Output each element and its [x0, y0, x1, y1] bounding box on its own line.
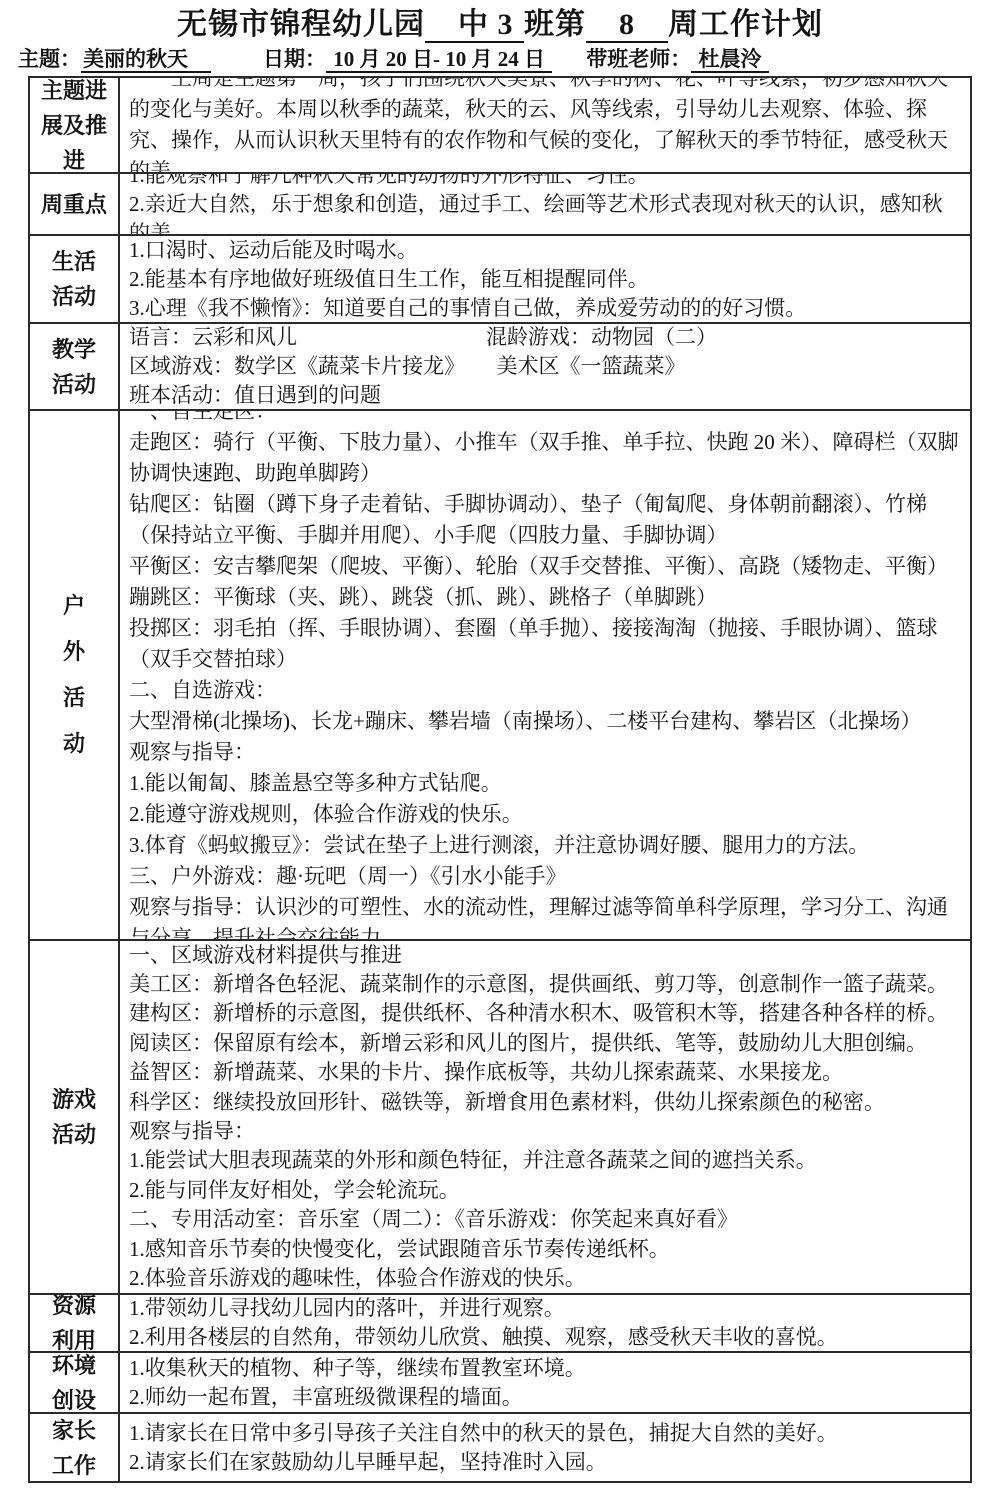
content-line: 1.感知音乐节奏的快慢变化，尝试跟随音乐节奏传递纸杯。: [129, 1235, 962, 1264]
content-line: 1.口渴时、运动后能及时喝水。: [129, 236, 962, 265]
content-line: 区域游戏：数学区《蔬菜卡片接龙》 美术区《一篮蔬菜》: [129, 352, 962, 381]
content-line: 上周是主题第一周，孩子们围绕秋天美景、秋季的树、花、叶等线索，初步感知秋天的变化…: [129, 78, 962, 172]
content-line: 美工区：新增各色轻泥、蔬菜制作的示意图，提供画纸、剪刀等，创意制作一篮子蔬菜。: [129, 970, 962, 999]
content-line: 1.能尝试大胆表现蔬菜的外形和颜色特征，并注意各蔬菜之间的遮挡关系。: [129, 1146, 962, 1175]
plan-table: 主题进 展及推 进 上周是主题第一周，孩子们围绕秋天美景、秋季的树、花、叶等线索…: [28, 76, 972, 1483]
row-content: 1.口渴时、运动后能及时喝水。2.能基本有序地做好班级值日生工作，能互相提醒同伴…: [120, 236, 970, 322]
content-line: 阅读区：保留原有绘本，新增云彩和风儿的图片，提供纸、笔等，鼓励幼儿大胆创编。: [129, 1029, 962, 1058]
content-line: 1.带领幼儿寻找幼儿园内的落叶，并进行观察。: [129, 1295, 962, 1323]
content-line: 建构区：新增桥的示意图，提供纸杯、各种清水积木、吸管积木等，搭建各种各样的桥。: [129, 999, 962, 1028]
theme-group: 主题：美丽的秋天: [18, 46, 211, 72]
title-week-blank: 8: [586, 8, 668, 43]
content-line: 观察与指导：: [129, 1117, 962, 1146]
teacher-label: 带班老师：: [586, 47, 691, 71]
content-line: 二、专用活动室：音乐室（周二）：《音乐游戏：你笑起来真好看》: [129, 1205, 962, 1234]
content-line: 1.能观察和了解几种秋天常见的动物的外形特征、习性。: [129, 174, 962, 190]
content-line: 2.请家长们在家鼓励幼儿早睡早起，坚持准时入园。: [129, 1448, 962, 1477]
content-line: 2.能遵守游戏规则，体验合作游戏的快乐。: [129, 799, 962, 830]
content-line: 语言：云彩和风儿 混龄游戏：动物园（二）: [129, 324, 962, 352]
date-label: 日期：: [263, 47, 326, 71]
content-line: 科学区：继续投放回形针、磁铁等，新增食用色素材料，供幼儿探索颜色的秘密。: [129, 1088, 962, 1117]
content-line: 班本活动：值日遇到的问题: [129, 381, 962, 409]
content-line: 1.收集秋天的植物、种子等，继续布置教室环境。: [129, 1354, 962, 1383]
title-prefix: 无锡市锦程幼儿园: [177, 8, 425, 41]
content-line: 平衡区：安吉攀爬架（爬坡、平衡）、轮胎（双手交替推、平衡）、高跷（矮物走、平衡）: [129, 551, 962, 582]
content-line: 大型滑梯(北操场)、长龙+蹦床、攀岩墙（南操场）、二楼平台建构、攀岩区（北操场）: [129, 706, 962, 737]
row-label: 环境 创设: [30, 1353, 120, 1412]
theme-value: 美丽的秋天: [81, 47, 211, 73]
content-line: 2.师幼一起布置，丰富班级微课程的墙面。: [129, 1383, 962, 1412]
content-line: 一、区域游戏材料提供与推进: [129, 941, 962, 970]
theme-label: 主题：: [18, 47, 81, 71]
row-label: 生活 活动: [30, 236, 120, 322]
table-row-environment-setup: 环境 创设 1.收集秋天的植物、种子等，继续布置教室环境。2.师幼一起布置，丰富…: [30, 1351, 970, 1412]
title-class-blank: 中 3: [425, 8, 524, 43]
row-label: 资源 利用: [30, 1295, 120, 1351]
row-label: 教学 活动: [30, 324, 120, 409]
table-row-outdoor-activities: 户 外 活 动 一、自主走区：走跑区：骑行（平衡、下肢力量）、小推车（双手推、单…: [30, 409, 970, 939]
content-line: 2.能基本有序地做好班级值日生工作，能互相提醒同伴。: [129, 265, 962, 294]
row-content: 1.请家长在日常中多引导孩子关注自然中的秋天的景色，捕捉大自然的美好。2.请家长…: [120, 1414, 970, 1481]
teacher-group: 带班老师： 杜晨泠: [586, 46, 769, 72]
row-label: 户 外 活 动: [30, 411, 120, 939]
content-line: 3.体育《蚂蚁搬豆》：尝试在垫子上进行测滚，并注意协调好腰、腿用力的方法。: [129, 830, 962, 861]
row-content: 上周是主题第一周，孩子们围绕秋天美景、秋季的树、花、叶等线索，初步感知秋天的变化…: [120, 78, 970, 172]
row-content: 一、自主走区：走跑区：骑行（平衡、下肢力量）、小推车（双手推、单手拉、快跑 20…: [120, 411, 970, 939]
table-row-parent-work: 家长 工作 1.请家长在日常中多引导孩子关注自然中的秋天的景色，捕捉大自然的美好…: [30, 1412, 970, 1481]
date-group: 日期： 10 月 20 日- 10 月 24 日: [263, 46, 552, 72]
teacher-value: 杜晨泠: [691, 47, 769, 73]
content-line: 益智区：新增蔬菜、水果的卡片、操作底板等，共幼儿探索蔬菜、水果接龙。: [129, 1058, 962, 1087]
content-line: 投掷区：羽毛拍（挥、手眼协调）、套圈（单手抛）、接接淘淘（抛接、手眼协调）、篮球…: [129, 613, 962, 675]
title-suffix: 周工作计划: [668, 8, 823, 41]
weekly-plan-document: 无锡市锦程幼儿园 中 3 班第 8 周工作计划 主题：美丽的秋天 日期： 10 …: [0, 0, 1000, 1496]
content-line: 走跑区：骑行（平衡、下肢力量）、小推车（双手推、单手拉、快跑 20 米）、障碍栏…: [129, 427, 962, 489]
row-content: 一、区域游戏材料提供与推进美工区：新增各色轻泥、蔬菜制作的示意图，提供画纸、剪刀…: [120, 941, 970, 1293]
title-mid: 班第: [524, 8, 586, 41]
table-row-game-activities: 游戏 活动 一、区域游戏材料提供与推进美工区：新增各色轻泥、蔬菜制作的示意图，提…: [30, 939, 970, 1293]
content-line: 钻爬区：钻圈（蹲下身子走着钻、手脚协调动）、垫子（匍匐爬、身体朝前翻滚）、竹梯（…: [129, 489, 962, 551]
row-content: 1.能观察和了解几种秋天常见的动物的外形特征、习性。2.亲近大自然，乐于想象和创…: [120, 174, 970, 234]
content-line: 一、自主走区：: [129, 411, 962, 427]
meta-row: 主题：美丽的秋天 日期： 10 月 20 日- 10 月 24 日 带班老师： …: [18, 46, 1000, 72]
content-line: 观察与指导：: [129, 737, 962, 768]
content-line: 二、自选游戏：: [129, 675, 962, 706]
content-line: 2.利用各楼层的自然角，带领幼儿欣赏、触摸、观察，感受秋天丰收的喜悦。: [129, 1323, 962, 1351]
content-line: 观察与指导：认识沙的可塑性、水的流动性，理解过滤等简单科学原理，学习分工、沟通与…: [129, 892, 962, 939]
content-line: 2.能与同伴友好相处，学会轮流玩。: [129, 1176, 962, 1205]
content-line: 三、户外游戏：趣·玩吧（周一）《引水小能手》: [129, 861, 962, 892]
table-row-theme-progress: 主题进 展及推 进 上周是主题第一周，孩子们围绕秋天美景、秋季的树、花、叶等线索…: [30, 78, 970, 172]
table-row-resource-use: 资源 利用 1.带领幼儿寻找幼儿园内的落叶，并进行观察。2.利用各楼层的自然角，…: [30, 1293, 970, 1351]
content-line: 2.亲近大自然，乐于想象和创造，通过手工、绘画等艺术形式表现对秋天的认识，感知秋…: [129, 190, 962, 235]
row-label: 家长 工作: [30, 1414, 120, 1481]
row-content: 1.收集秋天的植物、种子等，继续布置教室环境。2.师幼一起布置，丰富班级微课程的…: [120, 1353, 970, 1412]
table-row-week-focus: 周重点 1.能观察和了解几种秋天常见的动物的外形特征、习性。2.亲近大自然，乐于…: [30, 172, 970, 234]
date-value: 10 月 20 日- 10 月 24 日: [326, 47, 552, 73]
content-line: 3.心理《我不懒惰》：知道要自己的事情自己做，养成爱劳动的的好习惯。: [129, 294, 962, 323]
content-line: 2.体验音乐游戏的趣味性，体验合作游戏的快乐。: [129, 1264, 962, 1293]
row-label: 周重点: [30, 174, 120, 234]
content-line: 蹦跳区：平衡球（夹、跳）、跳袋（抓、跳）、跳格子（单脚跳）: [129, 582, 962, 613]
table-row-life-activities: 生活 活动 1.口渴时、运动后能及时喝水。2.能基本有序地做好班级值日生工作，能…: [30, 234, 970, 322]
row-content: 1.带领幼儿寻找幼儿园内的落叶，并进行观察。2.利用各楼层的自然角，带领幼儿欣赏…: [120, 1295, 970, 1351]
row-label: 游戏 活动: [30, 941, 120, 1293]
row-label: 主题进 展及推 进: [30, 78, 120, 172]
document-title: 无锡市锦程幼儿园 中 3 班第 8 周工作计划: [0, 0, 1000, 44]
content-line: 1.能以匍匐、膝盖悬空等多种方式钻爬。: [129, 768, 962, 799]
row-content: 语言：云彩和风儿 混龄游戏：动物园（二）区域游戏：数学区《蔬菜卡片接龙》 美术区…: [120, 324, 970, 409]
content-line: 1.请家长在日常中多引导孩子关注自然中的秋天的景色，捕捉大自然的美好。: [129, 1419, 962, 1448]
table-row-teaching-activities: 教学 活动 语言：云彩和风儿 混龄游戏：动物园（二）区域游戏：数学区《蔬菜卡片接…: [30, 322, 970, 409]
